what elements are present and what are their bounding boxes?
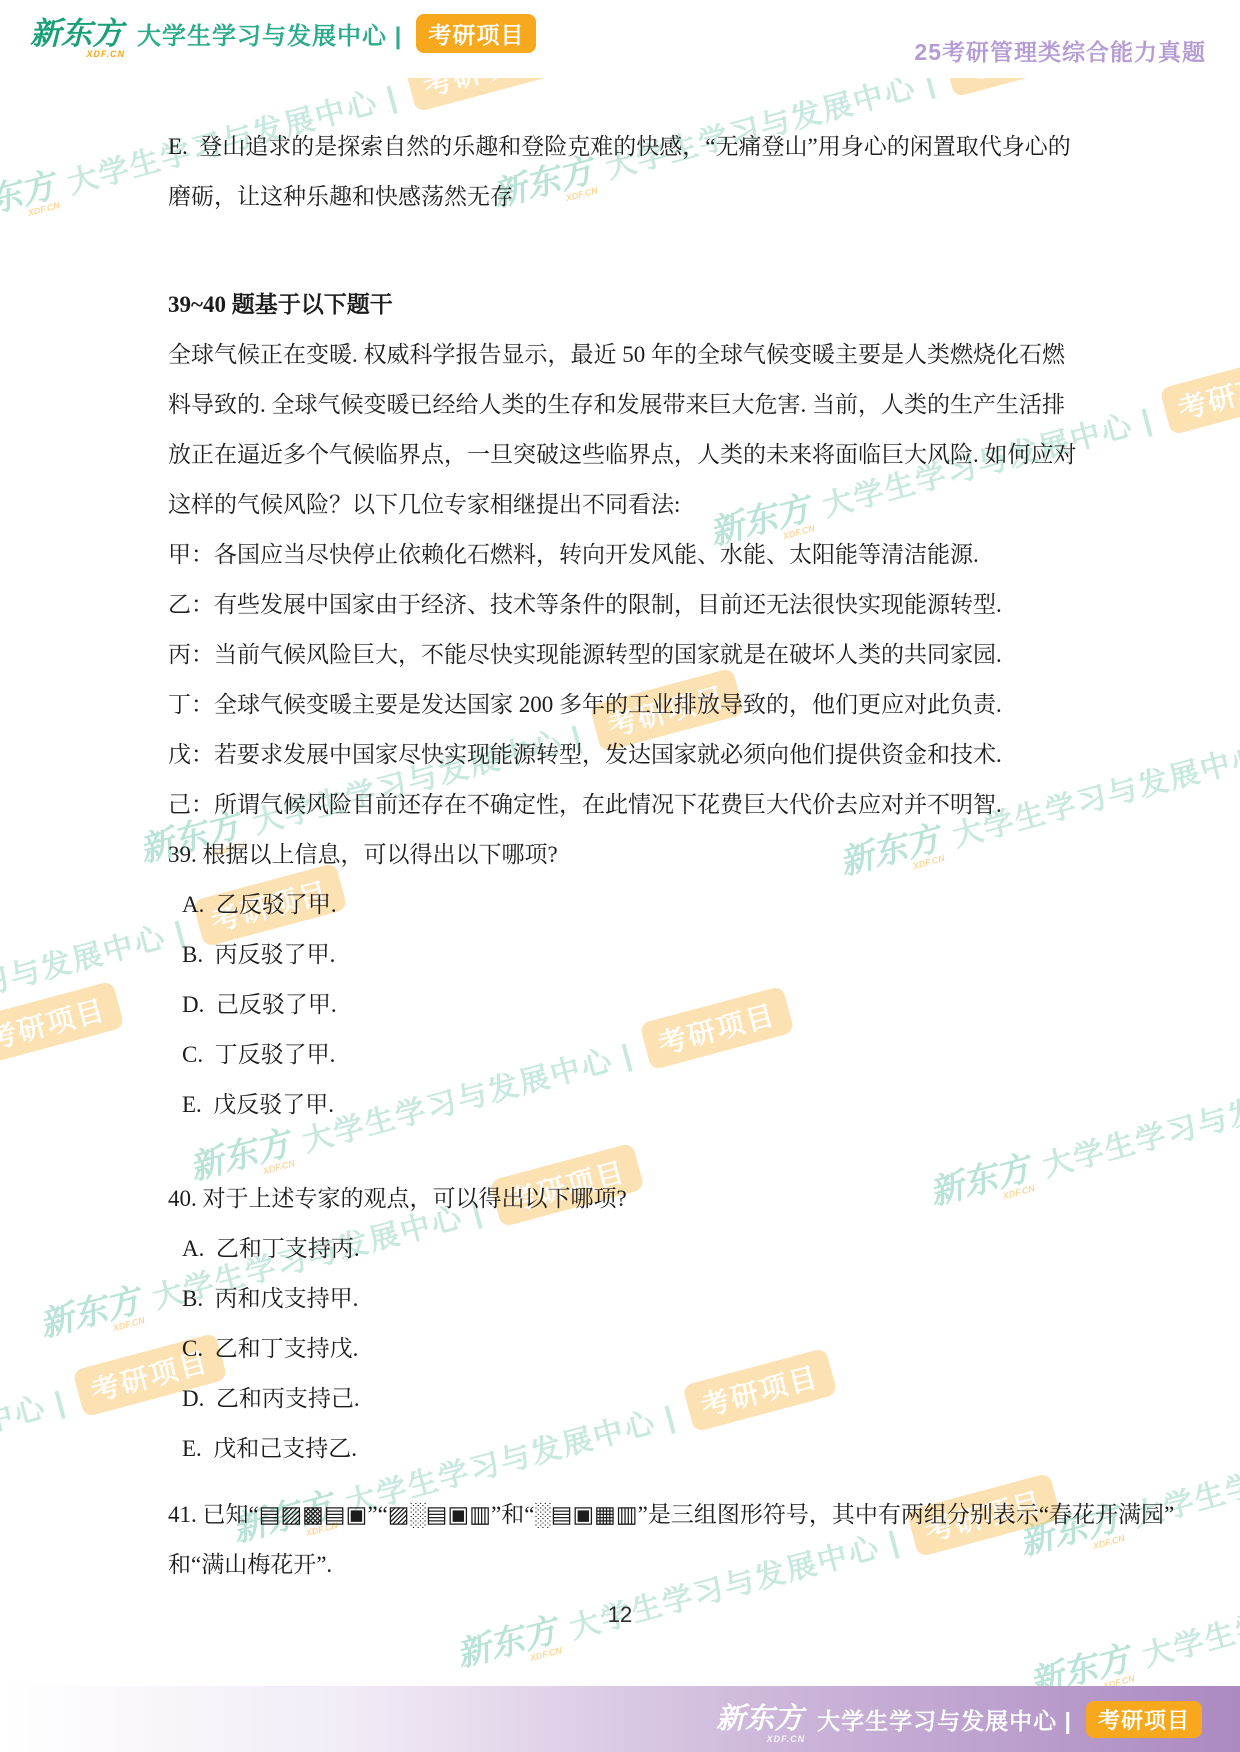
text-line: D. 己反驳了甲. — [168, 980, 1113, 1030]
text-line: D. 乙和丙支持己. — [168, 1374, 1113, 1424]
text-line: 和“满山梅花开”. — [168, 1540, 1113, 1590]
text-line: 放正在逼近多个气候临界点，一旦突破这些临界点，人类的未来将面临巨大风险. 如何应… — [168, 430, 1113, 480]
text-line: 丁：全球气候变暖主要是发达国家 200 多年的工业排放导致的，他们更应对此负责. — [168, 680, 1113, 730]
text-line: 戊：若要求发展中国家尽快实现能源转型，发达国家就必须向他们提供资金和技术. — [168, 730, 1113, 780]
footer-center-text: 大学生学习与发展中心 | — [817, 1703, 1072, 1736]
xdf-logo-subtext: XDF.CN — [86, 50, 125, 59]
text-line: 磨砺，让这种乐趣和快感荡然无存 — [168, 172, 1113, 222]
option-e-continued: E. 登山追求的是探索自然的乐趣和登险克难的快感，“无痛登山”用身心的闲置取代身… — [168, 122, 1113, 222]
text-line: E. 戊反驳了甲. — [168, 1080, 1113, 1130]
text-line: 丙：当前气候风险巨大，不能尽快实现能源转型的国家就是在破坏人类的共同家园. — [168, 630, 1113, 680]
watermark-text: 大学生学习与发展中心 | — [0, 1377, 70, 1508]
footer-xdf-logo-subtext: XDF.CN — [767, 1735, 806, 1744]
brand-center-text: 大学生学习与发展中心 | — [137, 16, 402, 51]
text-line: A. 乙和丁支持丙. — [168, 1224, 1113, 1274]
text-line: E. 登山追求的是探索自然的乐趣和登险克难的快感，“无痛登山”用身心的闲置取代身… — [168, 122, 1113, 172]
question-40-options: A. 乙和丁支持丙.B. 丙和戊支持甲.C. 乙和丁支持戊.D. 乙和丙支持己.… — [168, 1224, 1113, 1474]
watermark-badge: 考研项目 — [1159, 351, 1240, 436]
watermark-badge: 考研项目 — [0, 981, 124, 1066]
exam-title: 25考研管理类综合能力真题 — [914, 34, 1206, 67]
text-line: 这样的气候风险？以下几位专家相继提出不同看法: — [168, 480, 1113, 530]
text-line: 39. 根据以上信息，可以得出以下哪项? — [168, 830, 1113, 880]
watermark-logo: 新东方 XDF.CN — [0, 168, 58, 227]
watermark-logo: 新东方 XDF.CN — [36, 1283, 143, 1342]
text-line: 乙：有些发展中国家由于经济、技术等条件的限制，目前还无法很快实现能源转型. — [168, 580, 1113, 630]
document-body: E. 登山追求的是探索自然的乐趣和登险克难的快感，“无痛登山”用身心的闲置取代身… — [168, 122, 1113, 1590]
text-line: 己：所谓气候风险目前还存在不确定性，在此情况下花费巨大代价去应对并不明智. — [168, 780, 1113, 830]
text-line: 39~40 题基于以下题干 — [168, 280, 1113, 330]
text-line: A. 乙反驳了甲. — [168, 880, 1113, 930]
question-41: 41. 已知“▤▨▩▤▣”“▨░▤▣▥”和“░▤▣▦▥”是三组图形符号，其中有两… — [168, 1490, 1113, 1590]
text-line: C. 丁反驳了甲. — [168, 1030, 1113, 1080]
text-line: 40. 对于上述专家的观点，可以得出以下哪项? — [168, 1174, 1113, 1224]
stem-heading: 39~40 题基于以下题干 — [168, 280, 1113, 330]
watermark-logo-subtext: XDF.CN — [529, 1646, 563, 1663]
kaoyan-project-badge: 考研项目 — [416, 14, 536, 53]
page-number: 12 — [0, 1602, 1240, 1628]
text-line: E. 戊和己支持乙. — [168, 1424, 1113, 1474]
text-line: B. 丙和戊支持甲. — [168, 1274, 1113, 1324]
footer-kaoyan-project-badge: 考研项目 — [1086, 1701, 1202, 1738]
page-footer: 新东方 XDF.CN 大学生学习与发展中心 | 考研项目 — [0, 1686, 1240, 1752]
text-line: 全球气候正在变暖. 权威科学报告显示，最近 50 年的全球气候变暖主要是人类燃烧… — [168, 330, 1113, 380]
expert-opinions: 甲：各国应当尽快停止依赖化石燃料，转向开发风能、水能、太阳能等清洁能源.乙：有些… — [168, 530, 1113, 830]
question-39: 39. 根据以上信息，可以得出以下哪项? — [168, 830, 1113, 880]
diagonal-watermark: 新东方 XDF.CN 大学生学习与发展中心 | 考研项目 — [0, 981, 124, 1188]
watermark-logo-subtext: XDF.CN — [112, 1316, 146, 1333]
brand-lockup: 新东方 XDF.CN 大学生学习与发展中心 | 考研项目 — [30, 14, 536, 53]
footer-xdf-logo: 新东方 XDF.CN — [716, 1705, 803, 1734]
watermark-text: 大学生学习与发展中心 | — [0, 907, 190, 1038]
stem-paragraph: 全球气候正在变暖. 权威科学报告显示，最近 50 年的全球气候变暖主要是人类燃烧… — [168, 330, 1113, 530]
question-39-options: A. 乙反驳了甲.B. 丙反驳了甲.D. 己反驳了甲.C. 丁反驳了甲.E. 戊… — [168, 880, 1113, 1130]
footer-brand-lockup: 新东方 XDF.CN 大学生学习与发展中心 | 考研项目 — [716, 1701, 1202, 1738]
text-line: 41. 已知“▤▨▩▤▣”“▨░▤▣▥”和“░▤▣▦▥”是三组图形符号，其中有两… — [168, 1490, 1113, 1540]
text-line: 料导致的. 全球气候变暖已经给人类的生存和发展带来巨大危害. 当前，人类的生产生… — [168, 380, 1113, 430]
text-line: C. 乙和丁支持戊. — [168, 1324, 1113, 1374]
question-40: 40. 对于上述专家的观点，可以得出以下哪项? — [168, 1174, 1113, 1224]
text-line: 甲：各国应当尽快停止依赖化石燃料，转向开发风能、水能、太阳能等清洁能源. — [168, 530, 1113, 580]
text-line: B. 丙反驳了甲. — [168, 930, 1113, 980]
watermark-logo-subtext: XDF.CN — [27, 201, 61, 218]
xdf-logo: 新东方 XDF.CN — [30, 18, 123, 49]
page-header: 新东方 XDF.CN 大学生学习与发展中心 | 考研项目 25考研管理类综合能力… — [0, 0, 1240, 78]
